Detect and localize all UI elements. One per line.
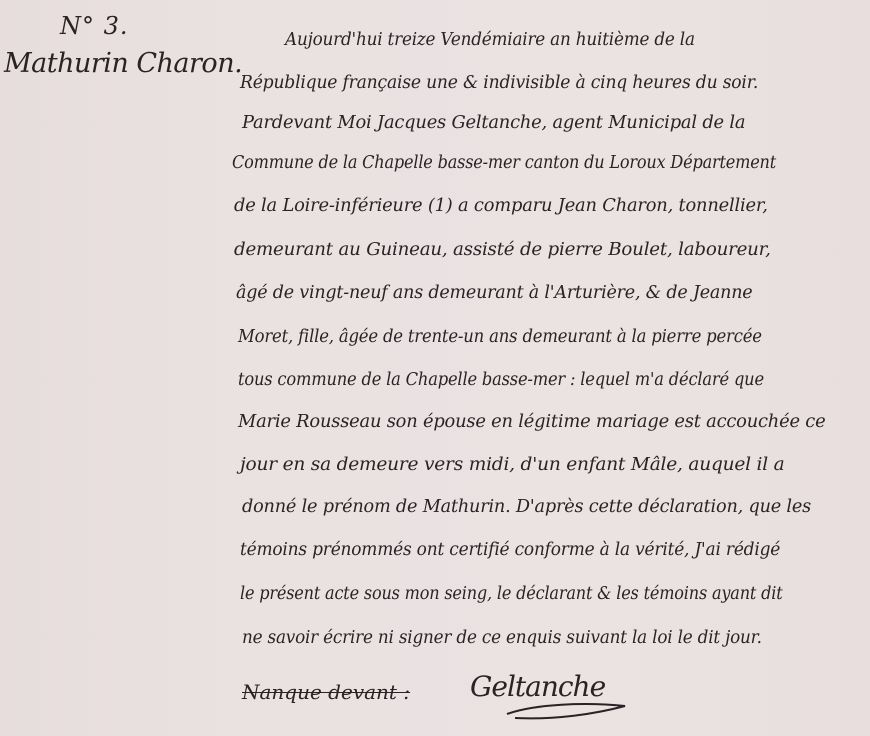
record-line: Marie Rousseau son épouse en légitime ma… <box>238 412 825 432</box>
official-signature: Geltanche <box>470 670 605 703</box>
record-line: âgé de vingt-neuf ans demeurant à l'Artu… <box>236 283 752 303</box>
record-line: témoins prénommés ont certifié conforme … <box>240 540 780 560</box>
record-line: demeurant au Guineau, assisté de pierre … <box>234 240 771 260</box>
record-line: Aujourd'hui treize Vendémiaire an huitiè… <box>285 30 695 50</box>
margin-column: N° 3. Mathurin Charon. <box>0 0 238 736</box>
record-line: de la Loire-inférieure (1) a comparu Jea… <box>234 196 768 216</box>
record-line: Pardevant Moi Jacques Geltanche, agent M… <box>242 113 745 133</box>
subject-name: Mathurin Charon. <box>4 48 242 79</box>
record-line: donné le prénom de Mathurin. D'après cet… <box>242 497 811 517</box>
entry-number: N° 3. <box>60 12 129 40</box>
record-line: le présent acte sous mon seing, le décla… <box>240 584 782 604</box>
struck-closing-text: Nanque devant : <box>242 680 410 704</box>
signature-flourish-icon <box>505 700 645 722</box>
record-line: ne savoir écrire ni signer de ce enquis … <box>242 628 762 648</box>
register-page: N° 3. Mathurin Charon. Aujourd'hui treiz… <box>0 0 870 736</box>
record-line: Moret, fille, âgée de trente-un ans deme… <box>238 327 762 347</box>
record-line: tous commune de la Chapelle basse-mer : … <box>238 370 764 390</box>
record-line: jour en sa demeure vers midi, d'un enfan… <box>240 455 785 475</box>
record-line: Commune de la Chapelle basse-mer canton … <box>232 153 776 173</box>
record-line: République française une & indivisible à… <box>240 73 758 93</box>
